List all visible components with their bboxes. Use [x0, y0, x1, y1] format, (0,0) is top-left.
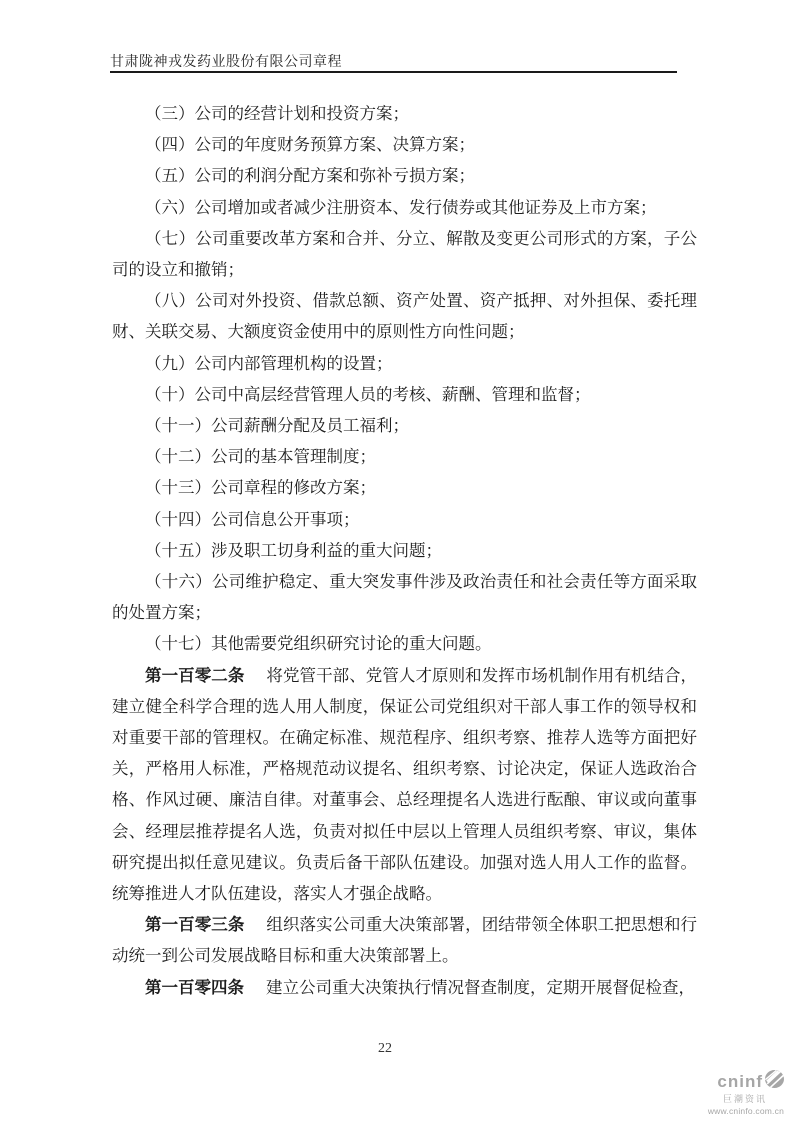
cninfo-brand: cninf [717, 1072, 763, 1092]
charter-article: 第一百零二条将党管干部、党管人才原则和发挥市场机制作用有机结合，建立健全科学合理… [112, 660, 697, 910]
charter-item: （九）公司内部管理机构的设置； [112, 348, 697, 379]
document-title: 甘肃陇神戎发药业股份有限公司章程 [110, 51, 342, 71]
charter-item: （四）公司的年度财务预算方案、决算方案； [112, 129, 697, 160]
charter-item: （十六）公司维护稳定、重大突发事件涉及政治责任和社会责任等方面采取的处置方案； [112, 566, 697, 628]
charter-article: 第一百零四条建立公司重大决策执行情况督查制度，定期开展督促检查， [112, 972, 697, 1003]
cninfo-name-cn: 巨潮资讯 [708, 1094, 784, 1104]
cninfo-logo-top: cninf [708, 1070, 784, 1093]
charter-item: （十七）其他需要党组织研究讨论的重大问题。 [112, 628, 697, 659]
charter-article: 第一百零三条组织落实公司重大决策部署，团结带领全体职工把思想和行动统一到公司发展… [112, 909, 697, 971]
charter-item: （五）公司的利润分配方案和弥补亏损方案； [112, 160, 697, 191]
charter-item: （十五）涉及职工切身利益的重大问题； [112, 535, 697, 566]
article-number: 第一百零二条 [145, 666, 244, 685]
charter-item: （十三）公司章程的修改方案； [112, 472, 697, 503]
document-body: （三）公司的经营计划和投资方案； （四）公司的年度财务预算方案、决算方案； （五… [112, 98, 697, 1003]
header-rule [110, 71, 677, 73]
cninfo-url: www.cninfo.com.cn [708, 1107, 784, 1117]
charter-item: （三）公司的经营计划和投资方案； [112, 98, 697, 129]
charter-item: （十）公司中高层经营管理人员的考核、薪酬、管理和监督； [112, 379, 697, 410]
article-text: 建立公司重大决策执行情况督查制度，定期开展督促检查， [266, 978, 695, 997]
cninfo-logo: cninf 巨潮资讯 www.cninfo.com.cn [708, 1070, 784, 1117]
charter-item: （十二）公司的基本管理制度； [112, 441, 697, 472]
charter-item: （七）公司重要改革方案和合并、分立、解散及变更公司形式的方案，子公司的设立和撤销… [112, 223, 697, 285]
charter-item: （八）公司对外投资、借款总额、资产处置、资产抵押、对外担保、委托理财、关联交易、… [112, 285, 697, 347]
charter-item: （六）公司增加或者减少注册资本、发行债券或其他证券及上市方案； [112, 192, 697, 223]
article-text: 将党管干部、党管人才原则和发挥市场机制作用有机结合，建立健全科学合理的选人用人制… [112, 666, 697, 903]
article-number: 第一百零四条 [145, 978, 244, 997]
page-number: 22 [0, 1041, 770, 1057]
article-number: 第一百零三条 [145, 915, 244, 934]
charter-item: （十一）公司薪酬分配及员工福利； [112, 410, 697, 441]
cninfo-swirl-icon [765, 1070, 784, 1093]
charter-item: （十四）公司信息公开事项； [112, 504, 697, 535]
